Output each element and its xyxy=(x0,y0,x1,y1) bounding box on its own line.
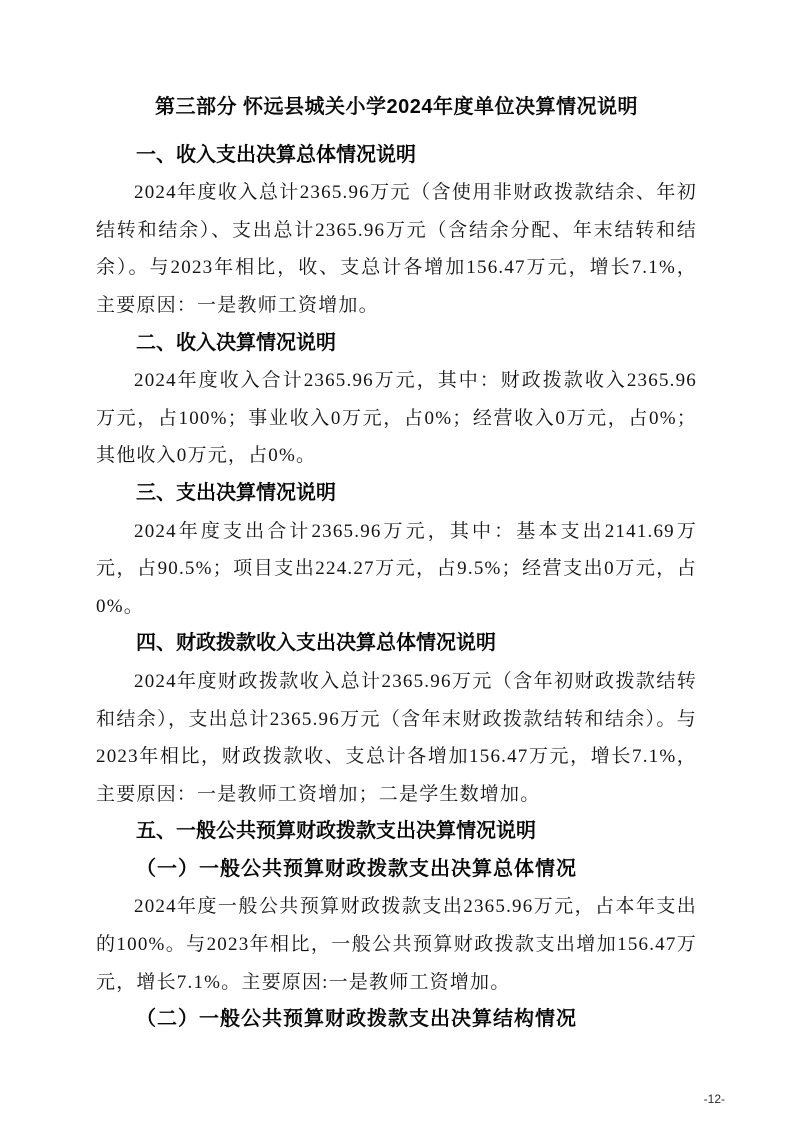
paragraph: 2024年度收入总计2365.96万元（含使用非财政拨款结余、年初结转和结余）、… xyxy=(96,174,697,324)
subsection-heading-1: （一）一般公共预算财政拨款支出决算总体情况 xyxy=(96,851,697,889)
section-heading-4: 四、财政拨款收入支出决算总体情况说明 xyxy=(96,625,697,663)
section-heading-1: 一、收入支出决算总体情况说明 xyxy=(96,137,697,175)
section-heading-3: 三、支出决算情况说明 xyxy=(96,475,697,513)
paragraph: 2024年度一般公共预算财政拨款支出2365.96万元，占本年支出的100%。与… xyxy=(96,888,697,1001)
paragraph: 2024年度财政拨款收入总计2365.96万元（含年初财政拨款结转和结余），支出… xyxy=(96,663,697,813)
paragraph: 2024年度收入合计2365.96万元，其中：财政拨款收入2365.96万元，占… xyxy=(96,362,697,475)
section-heading-5: 五、一般公共预算财政拨款支出决算情况说明 xyxy=(96,813,697,851)
paragraph: 2024年度支出合计2365.96万元，其中：基本支出2141.69万元，占90… xyxy=(96,513,697,626)
document-content: 第三部分 怀远县城关小学2024年度单位决算情况说明 一、收入支出决算总体情况说… xyxy=(96,89,697,1039)
subsection-heading-2: （二）一般公共预算财政拨款支出决算结构情况 xyxy=(96,1001,697,1039)
section-heading-2: 二、收入决算情况说明 xyxy=(96,325,697,363)
page-number: -12- xyxy=(704,1092,725,1106)
page-title: 第三部分 怀远县城关小学2024年度单位决算情况说明 xyxy=(96,89,697,127)
document-page: 第三部分 怀远县城关小学2024年度单位决算情况说明 一、收入支出决算总体情况说… xyxy=(0,0,793,1122)
